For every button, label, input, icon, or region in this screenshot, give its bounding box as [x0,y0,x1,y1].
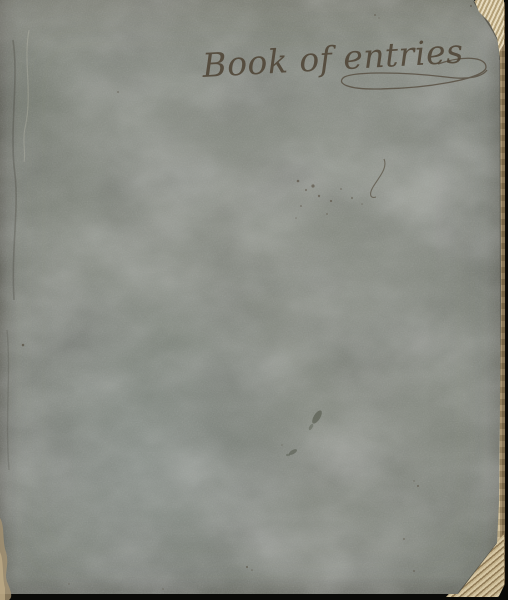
photo-backdrop: Book of entries [0,0,508,600]
notebook-cover [0,0,502,595]
